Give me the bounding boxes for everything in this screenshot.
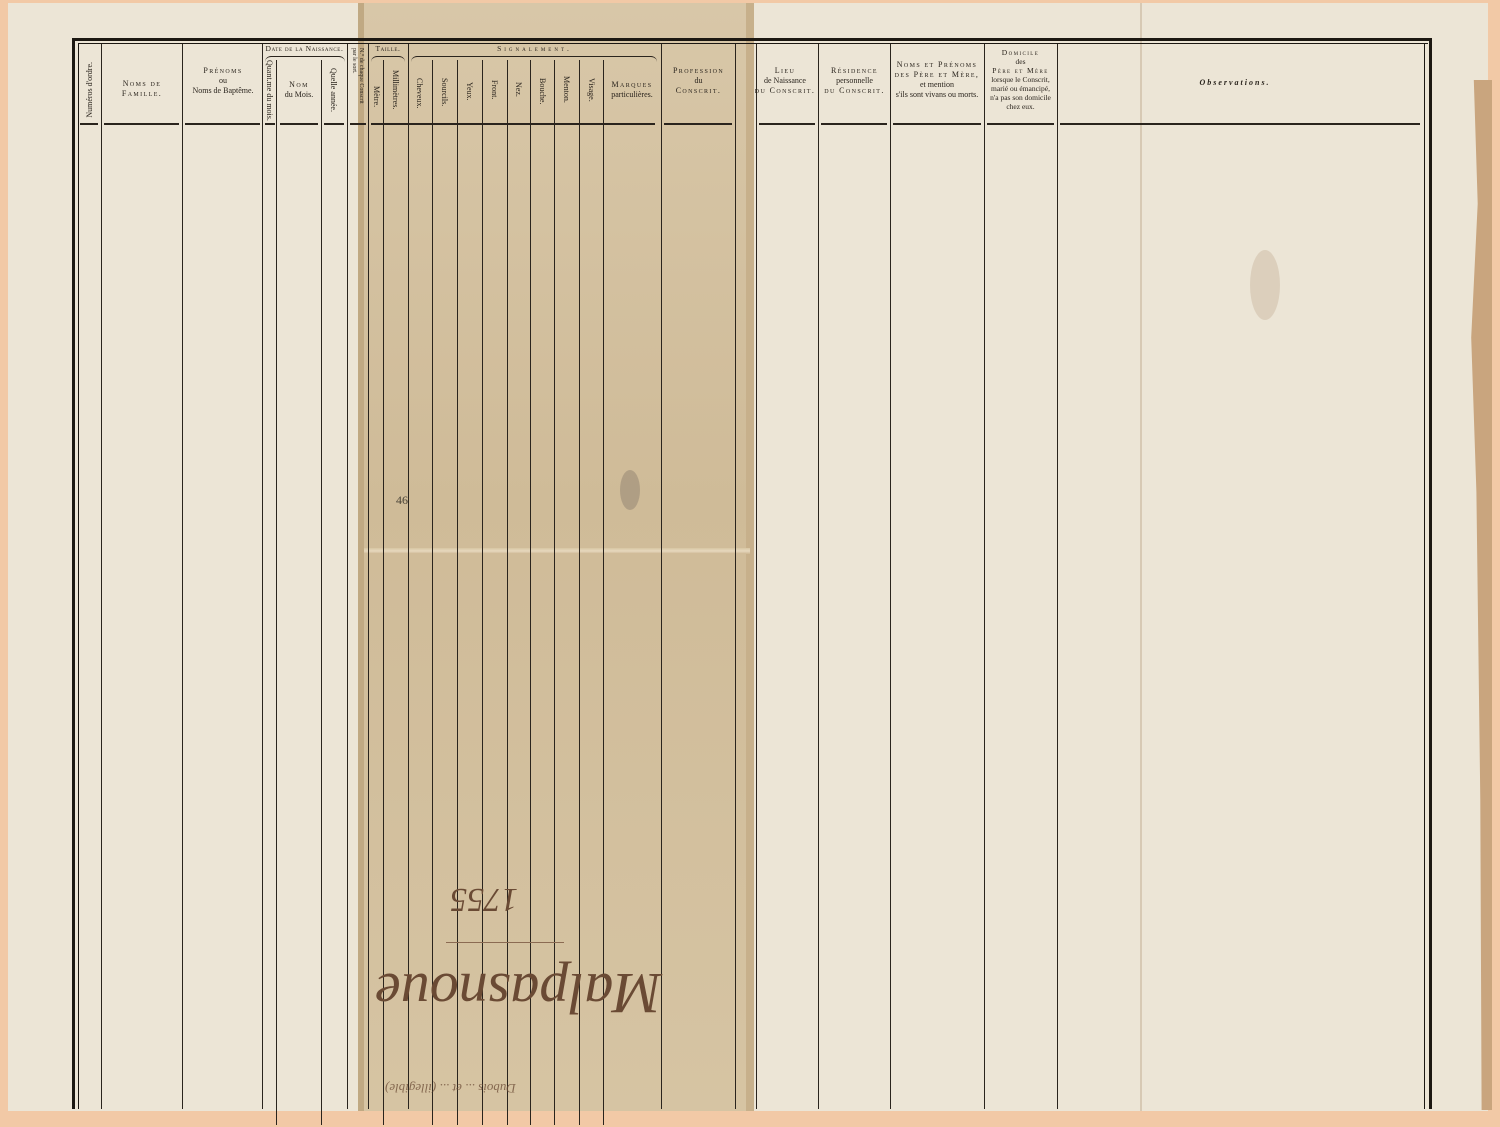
- header-residence: Résidence personnelle du Conscrit.: [819, 66, 890, 96]
- brace: [371, 56, 405, 63]
- column-divider: [984, 44, 985, 1109]
- header-metre: Mètre.: [372, 86, 381, 107]
- column-divider: [890, 44, 891, 1109]
- stain: [620, 470, 640, 510]
- column-divider: [101, 44, 102, 1109]
- frame-right: [1429, 38, 1432, 1109]
- column-divider: [182, 44, 183, 1109]
- group-header-taille: Taille.: [368, 44, 408, 53]
- column-divider: [368, 44, 369, 1109]
- handwritten-underline: [446, 942, 564, 943]
- header-rule: [664, 123, 732, 125]
- header-front: Front.: [490, 80, 499, 99]
- column-divider: [661, 44, 662, 1109]
- header-rule: [185, 123, 260, 125]
- header-rule: [265, 123, 275, 125]
- group-header-date-naissance: Date de la Naissance.: [262, 44, 347, 53]
- header-sourcils: Sourcils.: [440, 78, 449, 106]
- column-divider: [735, 44, 736, 1109]
- frame-left: [72, 38, 75, 1109]
- column-divider: [321, 60, 322, 1125]
- header-bouche: Bouche.: [538, 78, 547, 104]
- handwritten-year: 1755: [450, 880, 518, 918]
- column-divider: [818, 44, 819, 1109]
- header-lieu-naissance: Lieu de Naissance du Conscrit.: [752, 66, 818, 96]
- fold-line-left: [358, 3, 364, 1111]
- header-quantieme: Quant.me du mois.: [265, 60, 274, 121]
- header-rule: [893, 123, 981, 125]
- header-rule: [104, 123, 179, 125]
- header-observations: Observations.: [1140, 78, 1330, 87]
- folded-center-panel: [362, 3, 752, 1111]
- header-rule: [80, 123, 98, 125]
- header-rule: [324, 123, 344, 125]
- vertical-crease: [1140, 3, 1142, 1111]
- horizontal-crease: [364, 548, 750, 554]
- handwritten-note: Dubois ... et ... (illegible): [385, 1080, 516, 1096]
- header-rule: [1060, 123, 1420, 125]
- brace: [265, 56, 345, 63]
- header-nez: Nez.: [514, 82, 523, 97]
- header-numeros: Numéros d'ordre.: [85, 62, 94, 118]
- header-noms-parents: Noms et Prénoms des Père et Mère, et men…: [888, 60, 986, 100]
- header-domicile: Domicile des Père et Mère lorsque le Con…: [984, 48, 1057, 111]
- header-rule: [987, 123, 1054, 125]
- header-marques: Marques particulières.: [604, 80, 660, 100]
- frame-right-inner: [1424, 43, 1425, 1109]
- column-divider: [262, 44, 263, 1109]
- header-nom-mois: Nom du Mois.: [277, 80, 321, 100]
- stain: [1250, 250, 1280, 320]
- column-divider: [347, 44, 348, 1109]
- column-divider: [408, 44, 409, 1109]
- header-visage: Visage.: [587, 78, 596, 102]
- column-divider: [1057, 44, 1058, 1109]
- header-rule: [350, 123, 366, 125]
- header-cheveux: Cheveux.: [415, 78, 424, 108]
- fold-line-right: [746, 3, 754, 1111]
- header-yeux: Yeux.: [465, 82, 474, 101]
- frame-top: [72, 38, 1432, 41]
- header-rule: [759, 123, 815, 125]
- header-menton: Menton.: [562, 76, 571, 103]
- frame-left-inner: [78, 43, 79, 1109]
- header-no-conscrit: N.° de chaque Conscrit par le sort.: [350, 48, 364, 104]
- header-rule: [280, 123, 318, 125]
- column-divider: [756, 44, 757, 1109]
- header-millimetres: Millimètres.: [391, 70, 400, 109]
- header-rule: [821, 123, 887, 125]
- header-quelle-annee: Quelle année.: [329, 68, 338, 112]
- header-noms-famille: Noms de Famille.: [104, 79, 180, 99]
- header-prenoms: Prénoms ou Noms de Baptême.: [184, 66, 262, 96]
- group-header-signalement: Signalement.: [408, 44, 661, 53]
- header-rule: [371, 123, 655, 125]
- pencil-mark: 46: [396, 493, 408, 508]
- header-profession: Profession du du Conscrit. Conscrit.: [662, 66, 735, 96]
- brace: [411, 56, 657, 63]
- column-divider: [276, 60, 277, 1125]
- handwritten-name: Malpasnoue: [375, 960, 662, 1027]
